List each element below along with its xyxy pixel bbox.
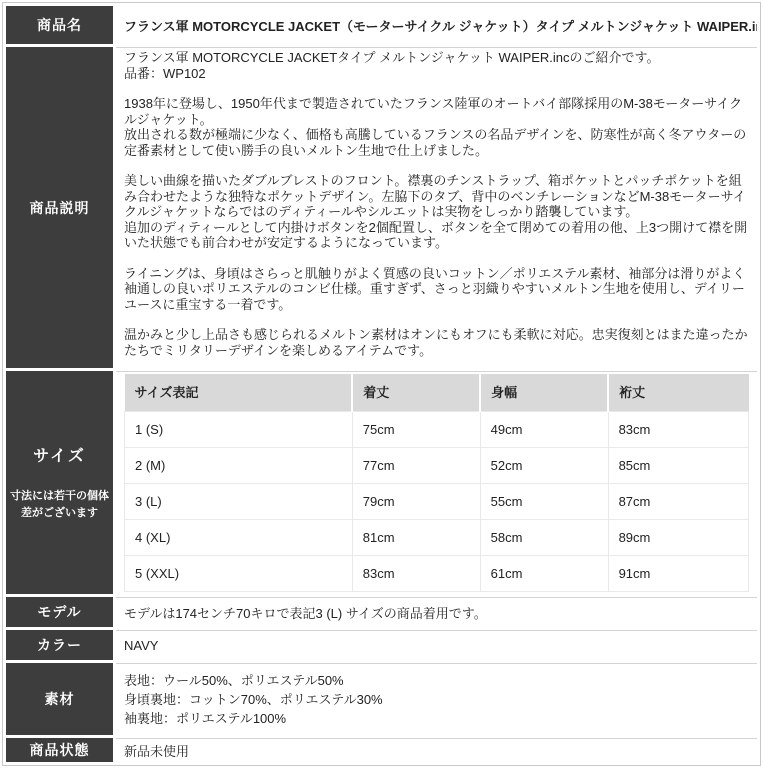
size-chart-header-length: 着丈 <box>352 374 480 412</box>
product-description-row: 商品説明 フランス軍 MOTORCYCLE JACKETタイプ メルトンジャケッ… <box>6 47 757 368</box>
width-value: 58cm <box>480 520 608 556</box>
length-value: 79cm <box>352 484 480 520</box>
size-tolerance-note: 寸法には若干の個体差がございます <box>8 488 111 522</box>
size-chart-row: 5 (XXL) 83cm 61cm 91cm <box>125 556 749 592</box>
size-value: 3 (L) <box>125 484 353 520</box>
size-chart-header-sleeve: 裄丈 <box>608 374 748 412</box>
description-paragraph: 1938年に登場し、1950年代まで製造されていたフランス陸軍のオートバイ部隊採… <box>124 96 749 158</box>
row-label-size: サイズ 寸法には若干の個体差がございます <box>6 371 113 594</box>
description-paragraph: フランス軍 MOTORCYCLE JACKETタイプ メルトンジャケット WAI… <box>124 50 749 81</box>
model-info: モデルは174センチ70キロで表記3 (L) サイズの商品着用です。 <box>116 597 757 627</box>
size-chart-row: 2 (M) 77cm 52cm 85cm <box>125 448 749 484</box>
size-chart-cell: サイズ表記 着丈 身幅 裄丈 1 (S) 75cm 49cm 83cm <box>116 371 757 594</box>
row-label-model: モデル <box>6 597 113 627</box>
size-chart-header-width: 身幅 <box>480 374 608 412</box>
width-value: 49cm <box>480 412 608 448</box>
size-value: 5 (XXL) <box>125 556 353 592</box>
length-value: 75cm <box>352 412 480 448</box>
size-row: サイズ 寸法には若干の個体差がございます サイズ表記 着丈 身幅 裄丈 <box>6 371 757 594</box>
size-value: 1 (S) <box>125 412 353 448</box>
size-chart-row: 3 (L) 79cm 55cm 87cm <box>125 484 749 520</box>
size-value: 4 (XL) <box>125 520 353 556</box>
width-value: 52cm <box>480 448 608 484</box>
length-value: 81cm <box>352 520 480 556</box>
size-chart-row: 1 (S) 75cm 49cm 83cm <box>125 412 749 448</box>
size-chart-header-row: サイズ表記 着丈 身幅 裄丈 <box>125 374 749 412</box>
size-chart-row: 4 (XL) 81cm 58cm 89cm <box>125 520 749 556</box>
sleeve-value: 85cm <box>608 448 748 484</box>
row-label-description: 商品説明 <box>6 47 113 368</box>
width-value: 61cm <box>480 556 608 592</box>
condition-row: 商品状態 新品未使用 <box>6 738 757 762</box>
length-value: 77cm <box>352 448 480 484</box>
sleeve-value: 91cm <box>608 556 748 592</box>
product-spec-table: 商品名 フランス軍 MOTORCYCLE JACKET（モーターサイクル ジャケ… <box>2 2 761 766</box>
size-chart-header-size: サイズ表記 <box>125 374 353 412</box>
material-info: 表地：ウール50%、ポリエステル50%身頃裏地：コットン70%、ポリエステル30… <box>116 663 757 735</box>
size-chart-table: サイズ表記 着丈 身幅 裄丈 1 (S) 75cm 49cm 83cm <box>124 374 749 592</box>
size-value: 2 (M) <box>125 448 353 484</box>
row-label-color: カラー <box>6 630 113 660</box>
row-label-product-name: 商品名 <box>6 6 113 44</box>
product-name-row: 商品名 フランス軍 MOTORCYCLE JACKET（モーターサイクル ジャケ… <box>6 6 757 44</box>
color-row: カラー NAVY <box>6 630 757 660</box>
product-description: フランス軍 MOTORCYCLE JACKETタイプ メルトンジャケット WAI… <box>116 47 757 368</box>
description-paragraph: 美しい曲線を描いたダブルブレストのフロント。襟裏のチンストラップ、箱ポケットとパ… <box>124 173 749 251</box>
description-paragraph: 温かみと少し上品さも感じられるメルトン素材はオンにもオフにも柔軟に対応。忠実復刻… <box>124 327 749 358</box>
row-label-condition: 商品状態 <box>6 738 113 762</box>
color-value: NAVY <box>116 630 757 660</box>
sleeve-value: 83cm <box>608 412 748 448</box>
model-row: モデル モデルは174センチ70キロで表記3 (L) サイズの商品着用です。 <box>6 597 757 627</box>
product-title: フランス軍 MOTORCYCLE JACKET（モーターサイクル ジャケット）タ… <box>116 6 757 44</box>
material-row: 素材 表地：ウール50%、ポリエステル50%身頃裏地：コットン70%、ポリエステ… <box>6 663 757 735</box>
width-value: 55cm <box>480 484 608 520</box>
row-label-material: 素材 <box>6 663 113 735</box>
sleeve-value: 87cm <box>608 484 748 520</box>
length-value: 83cm <box>352 556 480 592</box>
description-paragraph: ライニングは、身頃はさらっと肌触りがよく質感の良いコットン／ポリエステル素材、袖… <box>124 266 749 313</box>
sleeve-value: 89cm <box>608 520 748 556</box>
size-label: サイズ <box>8 443 111 466</box>
condition-value: 新品未使用 <box>116 738 757 762</box>
